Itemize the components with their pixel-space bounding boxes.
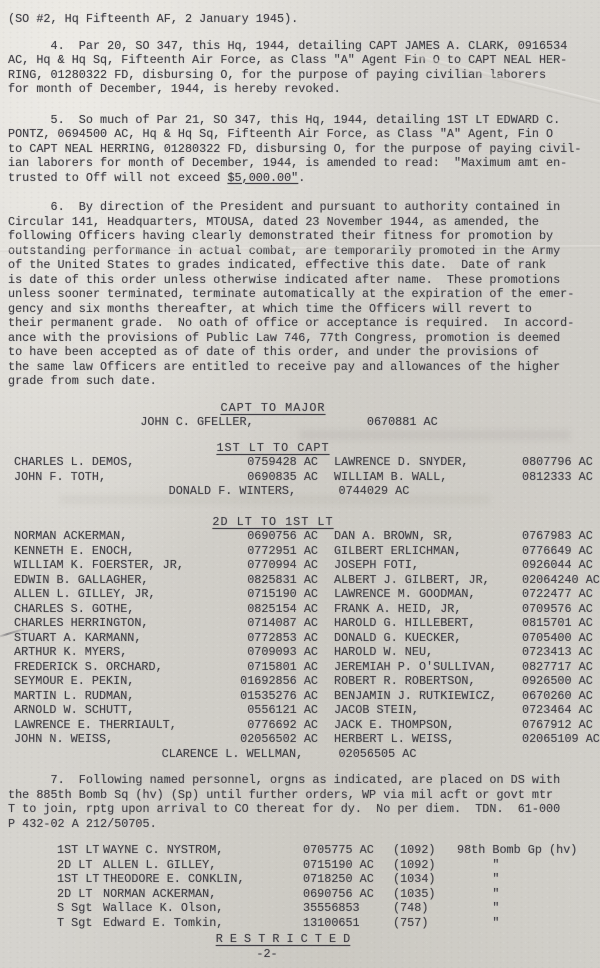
service-number: 0723413 AC [522,645,596,660]
service-number: 01692856 AC [230,674,318,689]
service-number: 0709576 AC [522,602,596,617]
officer-name: JOHN F. TOTH, [8,470,230,485]
person-name: ALLEN L. GILLEY, [103,858,303,873]
table-row: EDWIN B. GALLAGHER,0825831 ACALBERT J. G… [8,573,590,588]
service-number: 0827717 AC [522,660,596,675]
classification-text: R E S T R I C T E D [216,932,351,946]
table-row: JOHN N. WEISS,02056502 ACHERBERT L. WEIS… [8,732,590,747]
mos-code: (1092) [393,843,457,858]
service-number: 0812333 AC [522,470,596,485]
officer-name: JACOB STEIN, [318,703,522,718]
page-number: -2- [0,947,558,962]
promotion-table-2d-lt-to-1st-lt: NORMAN ACKERMAN,0690756 ACDAN A. BROWN, … [8,529,590,747]
table-row: ALLEN L. GILLEY, JR,0715190 ACLAWRENCE M… [8,587,590,602]
mos-code: (748) [393,901,457,916]
person-name: WAYNE C. NYSTROM, [103,843,303,858]
table-row: MARTIN L. RUDMAN,01535276 ACBENJAMIN J. … [8,689,590,704]
officer-name: SEYMOUR E. PEKIN, [8,674,230,689]
section-title-capt-to-major: CAPT TO MAJOR [0,401,564,416]
promotion-entry-wellman: CLARENCE L. WELLMAN, 02056505 AC [0,747,580,762]
section-title-1st-lt-to-capt: 1ST LT TO CAPT [0,441,564,456]
officer-name: BENJAMIN J. RUTKIEWICZ, [318,689,522,704]
person-name: Wallace K. Olson, [103,901,303,916]
officer-name: LAWRENCE M. GOODMAN, [318,587,522,602]
service-number: 0705775 AC [303,843,393,858]
table-row: CHARLES L. DEMOS,0759428 ACLAWRENCE D. S… [8,455,590,470]
service-number: 0690835 AC [230,470,318,485]
officer-name: DONALD G. KUECKER, [318,631,522,646]
ditto-mark: " [457,887,590,902]
service-number: 0705400 AC [522,631,596,646]
officer-name: HERBERT L. WEISS, [318,732,522,747]
officer-name: WILLIAM B. WALL, [318,470,522,485]
table-row: JOHN F. TOTH,0690835 ACWILLIAM B. WALL,0… [8,470,590,485]
officer-name: ROBERT R. ROBERTSON, [318,674,522,689]
person-name: THEODORE E. CONKLIN, [103,872,303,887]
table-row: FREDERICK S. ORCHARD,0715801 ACJEREMIAH … [8,660,590,675]
service-number: 0807796 AC [522,455,596,470]
rank: 1ST LT [57,872,103,887]
person-name: Edward E. Tomkin, [103,916,303,931]
service-number: 0767983 AC [522,529,596,544]
officer-name: STUART A. KARMANN, [8,631,230,646]
mos-code: (1092) [393,858,457,873]
paragraph-7: 7. Following named personnel, orgns as i… [8,773,590,831]
paragraph-5-period: . [298,171,305,185]
service-number: 0715801 AC [230,660,318,675]
table-row: CHARLES HERRINGTON,0714087 ACHAROLD G. H… [8,616,590,631]
service-number: 13100651 [303,916,393,931]
service-number: 0759428 AC [230,455,318,470]
mos-code: (1035) [393,887,457,902]
table-row: 1ST LTTHEODORE E. CONKLIN,0718250 AC(103… [57,872,590,887]
paragraph-5-last-line: trusted to Off will not exceed $5,000.00… [8,171,590,186]
underlined-amount: $5,000.00" [227,171,298,185]
person-name: NORMAN ACKERMAN, [103,887,303,902]
service-number: 0926500 AC [522,674,596,689]
ditto-mark: " [457,901,590,916]
officer-name: ARTHUR K. MYERS, [8,645,230,660]
service-number: 01535276 AC [230,689,318,704]
promotion-table-1st-lt-to-capt: CHARLES L. DEMOS,0759428 ACLAWRENCE D. S… [8,455,590,484]
service-number: 0926044 AC [522,558,596,573]
service-number: 0690756 AC [230,529,318,544]
rank: T Sgt [57,916,103,931]
section-title-text: 2D LT TO 1ST LT [212,515,333,529]
service-number: 0722477 AC [522,587,596,602]
service-number: 0709093 AC [230,645,318,660]
document-page: (SO #2, Hq Fifteenth AF, 2 January 1945)… [0,0,600,968]
service-number: 0718250 AC [303,872,393,887]
service-number: 0767912 AC [522,718,596,733]
classification-banner: R E S T R I C T E D [0,932,574,947]
table-row: NORMAN ACKERMAN,0690756 ACDAN A. BROWN, … [8,529,590,544]
officer-name: ALLEN L. GILLEY, JR, [8,587,230,602]
service-number: 0670260 AC [522,689,596,704]
officer-name: ALBERT J. GILBERT, JR, [318,573,522,588]
service-number: 0772853 AC [230,631,318,646]
service-number: 0776692 AC [230,718,318,733]
service-number: 0714087 AC [230,616,318,631]
paragraph-4: 4. Par 20, SO 347, this Hq, 1944, detail… [8,39,590,97]
service-number: 02065109 AC [522,732,600,747]
table-row: ARTHUR K. MYERS,0709093 ACHAROLD W. NEU,… [8,645,590,660]
rank: 1ST LT [57,843,103,858]
rank: S Sgt [57,901,103,916]
officer-name: CHARLES L. DEMOS, [8,455,230,470]
service-number: 0776649 AC [522,544,596,559]
officer-name: MARTIN L. RUDMAN, [8,689,230,704]
officer-name: EDWIN B. GALLAGHER, [8,573,230,588]
rank: 2D LT [57,887,103,902]
paragraph-5: 5. So much of Par 21, SO 347, this Hq, 1… [8,113,590,171]
officer-name: WILLIAM K. FOERSTER, JR, [8,558,230,573]
officer-name: CHARLES S. GOTHE, [8,602,230,617]
service-number: 0690756 AC [303,887,393,902]
ds-roster-table: 1ST LTWAYNE C. NYSTROM,0705775 AC(1092)9… [57,843,590,930]
service-number: 0715190 AC [303,858,393,873]
table-row: WILLIAM K. FOERSTER, JR,0770994 ACJOSEPH… [8,558,590,573]
officer-name: LAWRENCE D. SNYDER, [318,455,522,470]
ditto-mark: " [457,858,590,873]
mos-code: (1034) [393,872,457,887]
officer-name: JOHN N. WEISS, [8,732,230,747]
officer-name: HAROLD G. HILLEBERT, [318,616,522,631]
order-reference-line: (SO #2, Hq Fifteenth AF, 2 January 1945)… [8,12,590,27]
officer-name: FRANK A. HEID, JR, [318,602,522,617]
service-number: 0556121 AC [230,703,318,718]
officer-name: DAN A. BROWN, SR, [318,529,522,544]
table-row: LAWRENCE E. THERRIAULT,0776692 ACJACK E.… [8,718,590,733]
unit: 98th Bomb Gp (hv) [457,843,590,858]
table-row: 2D LTNORMAN ACKERMAN,0690756 AC(1035) " [57,887,590,902]
service-number: 35556853 [303,901,393,916]
rank: 2D LT [57,858,103,873]
table-row: ARNOLD W. SCHUTT,0556121 ACJACOB STEIN,0… [8,703,590,718]
officer-name: NORMAN ACKERMAN, [8,529,230,544]
service-number: 0815701 AC [522,616,596,631]
service-number: 0723464 AC [522,703,596,718]
officer-name: KENNETH E. ENOCH, [8,544,230,559]
section-title-text: 1ST LT TO CAPT [216,441,329,455]
ink-bleed-through [300,430,570,440]
section-title-text: CAPT TO MAJOR [220,401,325,415]
promotion-entry-gfeller: JOHN C. GFELLER, 0670881 AC [0,415,580,430]
officer-name: LAWRENCE E. THERRIAULT, [8,718,230,733]
table-row: SEYMOUR E. PEKIN,01692856 ACROBERT R. RO… [8,674,590,689]
paragraph-6: 6. By direction of the President and pur… [8,200,590,389]
service-number: 0715190 AC [230,587,318,602]
service-number: 0825831 AC [230,573,318,588]
mos-code: (757) [393,916,457,931]
ditto-mark: " [457,916,590,931]
officer-name: ARNOLD W. SCHUTT, [8,703,230,718]
ditto-mark: " [457,872,590,887]
officer-name: FREDERICK S. ORCHARD, [8,660,230,675]
officer-name: JOSEPH FOTI, [318,558,522,573]
officer-name: HAROLD W. NEU, [318,645,522,660]
officer-name: CHARLES HERRINGTON, [8,616,230,631]
service-number: 0772951 AC [230,544,318,559]
promotion-entry-winters: DONALD F. WINTERS, 0744029 AC [0,484,580,499]
service-number: 02056502 AC [230,732,318,747]
paragraph-5-tail-text: trusted to Off will not exceed [8,171,227,185]
service-number: 0770994 AC [230,558,318,573]
table-row: 1ST LTWAYNE C. NYSTROM,0705775 AC(1092)9… [57,843,590,858]
officer-name: GILBERT ERLICHMAN, [318,544,522,559]
section-title-2d-lt-to-1st-lt: 2D LT TO 1ST LT [0,515,564,530]
table-row: 2D LTALLEN L. GILLEY,0715190 AC(1092) " [57,858,590,873]
officer-name: JEREMIAH P. O'SULLIVAN, [318,660,522,675]
service-number: 0825154 AC [230,602,318,617]
table-row: KENNETH E. ENOCH,0772951 ACGILBERT ERLIC… [8,544,590,559]
table-row: CHARLES S. GOTHE,0825154 ACFRANK A. HEID… [8,602,590,617]
table-row: T SgtEdward E. Tomkin,13100651(757) " [57,916,590,931]
service-number: 02064240 AC [522,573,600,588]
officer-name: JACK E. THOMPSON, [318,718,522,733]
table-row: S SgtWallace K. Olson,35556853(748) " [57,901,590,916]
table-row: STUART A. KARMANN,0772853 ACDONALD G. KU… [8,631,590,646]
